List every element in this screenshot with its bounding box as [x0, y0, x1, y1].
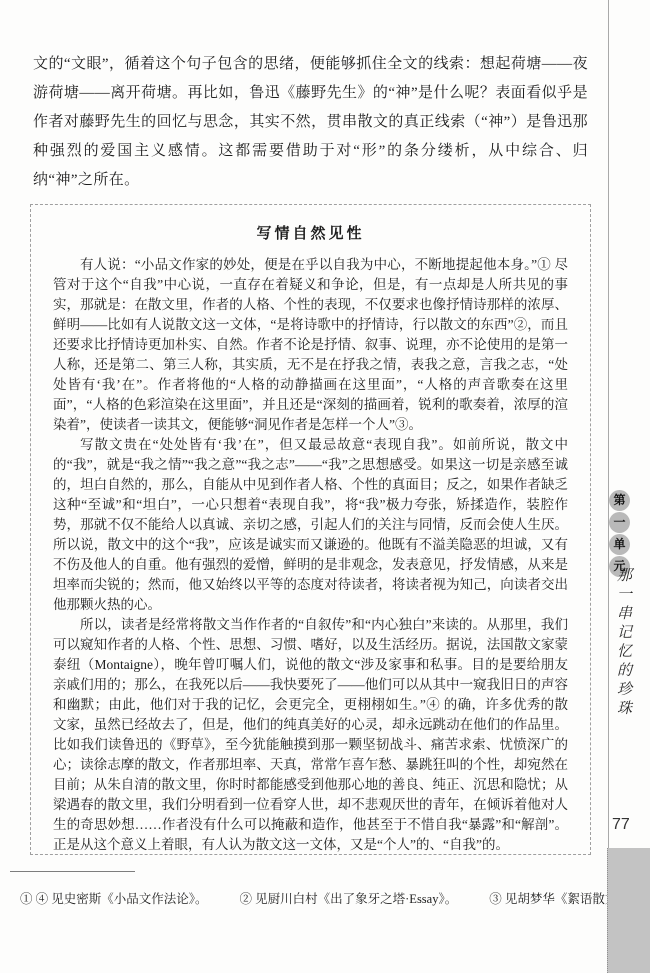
- footnote-1: ① ④ 见史密斯《小品文作法论》。: [20, 890, 208, 908]
- margin-rule: [608, 0, 609, 973]
- unit-subtitle: 那一串记忆的珍珠: [613, 567, 634, 737]
- footnote-divider: [10, 871, 135, 872]
- unit-badge: 第 一 单 元: [609, 490, 631, 577]
- essay-box: 写情自然见性 有人说：“小品文作家的妙处，便是在乎以自我为中心，不断地提起他本身…: [30, 204, 591, 855]
- unit-char-1: 第: [609, 490, 630, 511]
- footnote-2: ② 见厨川白村《出了象牙之塔·Essay》。: [240, 890, 458, 908]
- unit-char-3: 单: [609, 534, 630, 555]
- intro-paragraph: 文的“文眼”，循着这个句子包含的思绪，便能够抓住全文的线索：想起荷塘——夜游荷塘…: [33, 50, 588, 195]
- unit-char-2: 一: [609, 512, 630, 533]
- essay-paragraph-3: 所以，读者是经常将散文当作作者的“自叙传”和“内心独白”来读的。从那里，我们可以…: [53, 615, 568, 855]
- textbook-page: 文的“文眼”，循着这个句子包含的思绪，便能够抓住全文的线索：想起荷塘——夜游荷塘…: [0, 0, 650, 973]
- footnotes: ① ④ 见史密斯《小品文作法论》。 ② 见厨川白村《出了象牙之塔·Essay》。…: [20, 890, 590, 908]
- essay-paragraph-1: 有人说：“小品文作家的妙处，便是在乎以自我为中心，不断地提起他本身。”① 尽管对…: [53, 255, 568, 435]
- corner-tab-block: [607, 848, 650, 973]
- page-number: 77: [612, 816, 630, 834]
- essay-paragraph-2: 写散文贵在“处处皆有‘我’在”，但又最忌故意“表现自我”。如前所说，散文中的“我…: [53, 435, 568, 615]
- essay-title: 写情自然见性: [53, 222, 568, 243]
